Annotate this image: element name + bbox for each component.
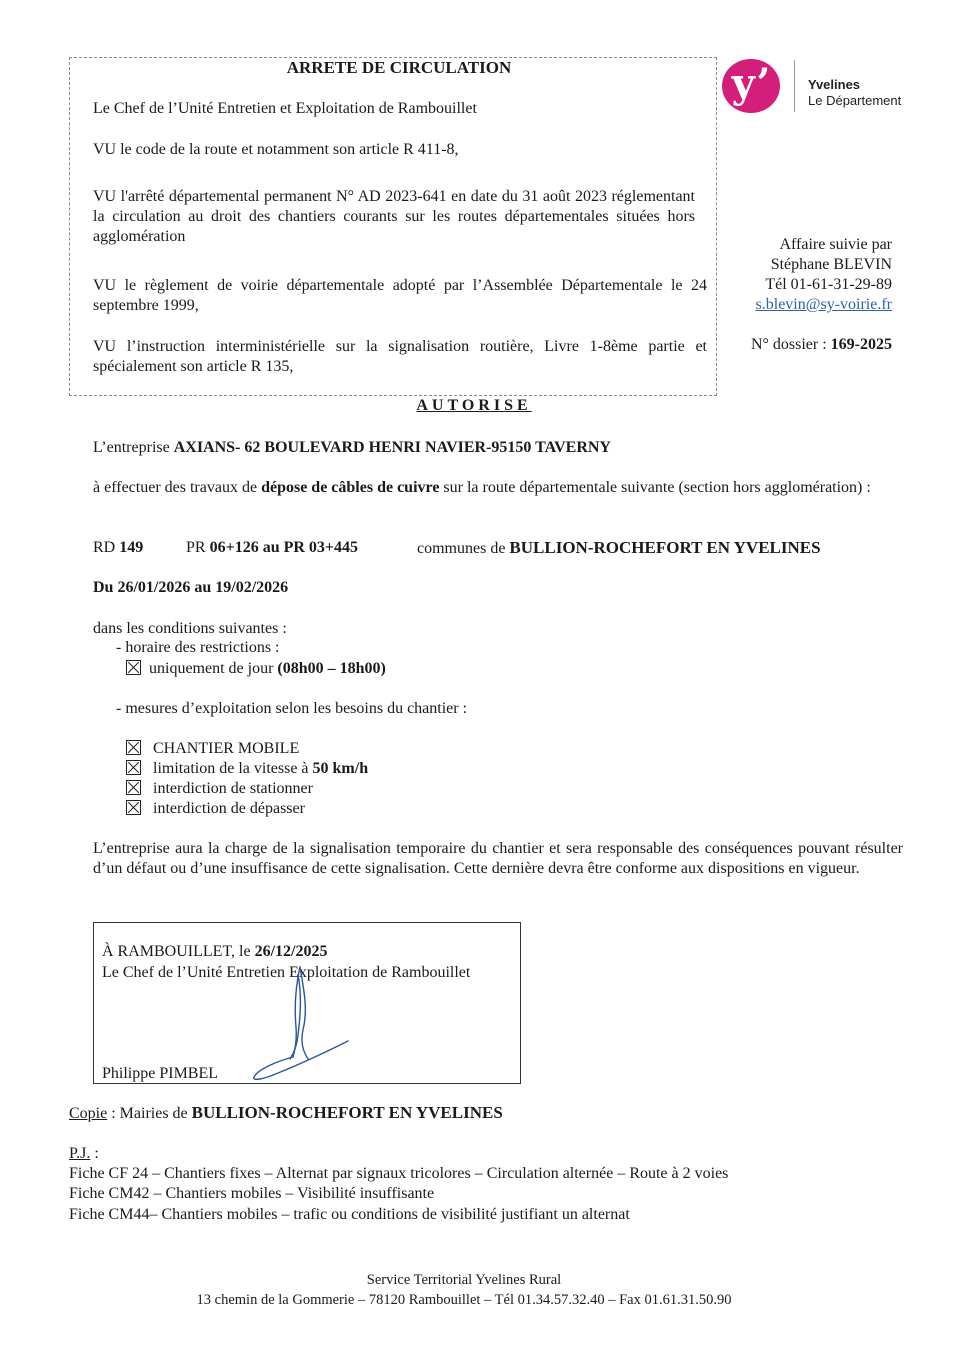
schedule-hours: (08h00 – 18h00): [277, 660, 385, 677]
work-type: dépose de câbles de cuivre: [261, 479, 439, 496]
decision-heading: AUTORISE: [0, 397, 948, 415]
pr-label: PR: [186, 539, 206, 556]
work-suffix: sur la route départementale suivante (se…: [443, 479, 870, 496]
communes-line: communes de BULLION-ROCHEFORT EN YVELINE…: [417, 538, 821, 559]
measure-item: interdiction de stationner: [126, 779, 368, 799]
consideration-4: VU l’instruction interministérielle sur …: [93, 337, 707, 377]
consideration-1: VU le code de la route et notamment son …: [93, 140, 459, 160]
copy-label: Copie: [69, 1105, 107, 1122]
yvelines-logo: y’ Yvelines Le Département: [722, 57, 922, 117]
contact-block: Affaire suivie par Stéphane BLEVIN Tél 0…: [751, 235, 892, 355]
checked-box-icon[interactable]: [126, 760, 141, 775]
measure-item: limitation de la vitesse à 50 km/h: [126, 759, 368, 779]
measure-text: limitation de la vitesse à: [153, 760, 313, 777]
responsibility-paragraph: L’entreprise aura la charge de la signal…: [93, 839, 903, 879]
contact-email-link[interactable]: s.blevin@sy-voirie.fr: [756, 296, 892, 313]
signature-date: 26/12/2025: [255, 943, 328, 960]
measure-text: interdiction de dépasser: [153, 800, 305, 817]
copy-line: Copie : Mairies de BULLION-ROCHEFORT EN …: [69, 1103, 503, 1124]
measure-text: interdiction de stationner: [153, 780, 313, 797]
footer-address: 13 chemin de la Gommerie – 78120 Ramboui…: [0, 1292, 928, 1309]
company-line: L’entreprise AXIANS- 62 BOULEVARD HENRI …: [93, 438, 611, 458]
signatory-name: Philippe PIMBEL: [102, 1064, 218, 1084]
attachment-item: Fiche CM42 – Chantiers mobiles – Visibil…: [69, 1184, 434, 1204]
handwritten-signature: [248, 965, 358, 1083]
pr-range-value: 06+126 au PR 03+445: [210, 539, 358, 556]
measure-text: CHANTIER MOBILE: [153, 740, 299, 757]
footer-service: Service Territorial Yvelines Rural: [0, 1272, 928, 1289]
document-title: ARRETE DE CIRCULATION: [69, 58, 729, 78]
consideration-2: VU l'arrêté départemental permanent N° A…: [93, 187, 695, 247]
checked-box-icon[interactable]: [126, 660, 141, 675]
logo-name: Yvelines: [808, 77, 860, 92]
schedule-option-text: uniquement de jour: [149, 660, 273, 677]
work-prefix: à effectuer des travaux de: [93, 479, 257, 496]
signature-place: À RAMBOUILLET, le: [102, 943, 251, 960]
measure-item: CHANTIER MOBILE: [126, 739, 368, 759]
measures-label: - mesures d’exploitation selon les besoi…: [116, 699, 467, 719]
contact-phone: Tél 01-61-31-29-89: [751, 275, 892, 295]
logo-divider: [794, 60, 795, 112]
logo-subtitle: Le Département: [808, 93, 901, 108]
measures-list: CHANTIER MOBILE limitation de la vitesse…: [126, 739, 368, 819]
signature-place-date: À RAMBOUILLET, le 26/12/2025: [102, 942, 327, 962]
checked-box-icon[interactable]: [126, 800, 141, 815]
communes-name: BULLION-ROCHEFORT EN YVELINES: [509, 538, 820, 557]
contact-label: Affaire suivie par: [751, 235, 892, 255]
dossier-number-line: N° dossier : 169-2025: [751, 335, 892, 355]
attachments-heading: P.J. :: [69, 1144, 99, 1164]
schedule-label: - horaire des restrictions :: [116, 638, 280, 658]
work-period: Du 26/01/2026 au 19/02/2026: [93, 578, 288, 598]
conditions-intro: dans les conditions suivantes :: [93, 619, 287, 639]
dossier-number: 169-2025: [831, 336, 892, 353]
contact-person: Stéphane BLEVIN: [751, 255, 892, 275]
communes-label: communes de: [417, 540, 505, 557]
attachment-item: Fiche CM44– Chantiers mobiles – trafic o…: [69, 1205, 630, 1225]
copy-text: : Mairies de: [107, 1105, 187, 1122]
attachments-suffix: :: [90, 1145, 98, 1162]
attachments-label: P.J.: [69, 1145, 90, 1162]
road-number: 149: [119, 539, 143, 556]
road-label: RD: [93, 539, 115, 556]
checked-box-icon[interactable]: [126, 740, 141, 755]
work-description: à effectuer des travaux de dépose de câb…: [93, 478, 903, 498]
speed-limit-value: 50 km/h: [313, 760, 369, 777]
company-prefix: L’entreprise: [93, 439, 170, 456]
measure-item: interdiction de dépasser: [126, 799, 368, 819]
company-name: AXIANS- 62 BOULEVARD HENRI NAVIER-95150 …: [174, 439, 611, 456]
issuing-authority: Le Chef de l’Unité Entretien et Exploita…: [93, 99, 477, 119]
checked-box-icon[interactable]: [126, 780, 141, 795]
dossier-label: N° dossier :: [751, 336, 827, 353]
attachment-item: Fiche CF 24 – Chantiers fixes – Alternat…: [69, 1164, 728, 1184]
pr-range: PR 06+126 au PR 03+445: [186, 538, 358, 558]
schedule-option: uniquement de jour (08h00 – 18h00): [126, 659, 386, 679]
consideration-3: VU le règlement de voirie départementale…: [93, 276, 707, 316]
yvelines-y-logo-icon: y’: [722, 59, 780, 113]
copy-recipients: BULLION-ROCHEFORT EN YVELINES: [192, 1103, 503, 1122]
road-reference: RD 149: [93, 538, 143, 558]
